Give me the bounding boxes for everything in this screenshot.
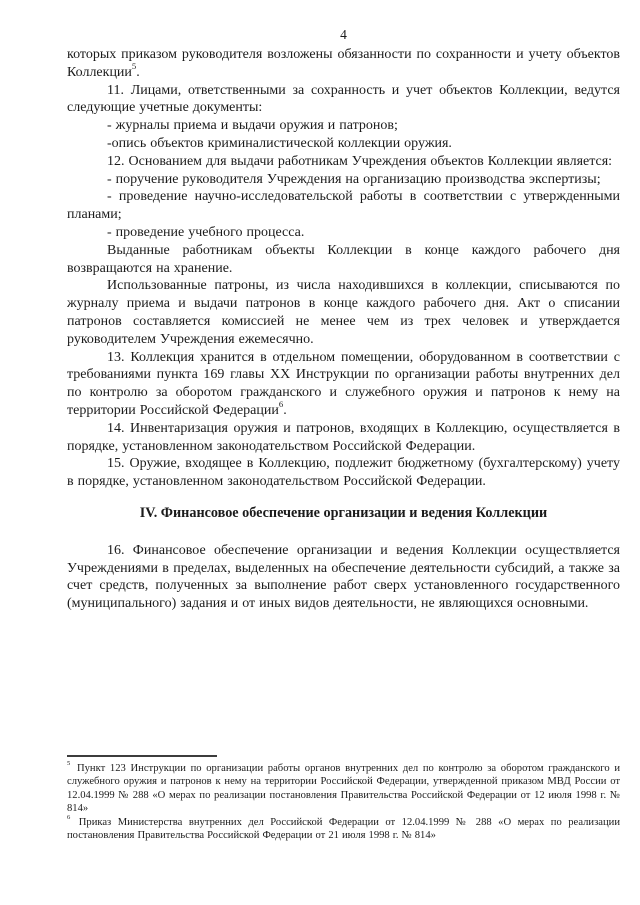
document-page: 4 которых приказом руководителя возложен… — [0, 0, 640, 905]
footnote-marker: 5 — [67, 760, 70, 767]
paragraph: 16. Финансовое обеспечение организации и… — [67, 542, 620, 613]
paragraph: - поручение руководителя Учреждения на о… — [67, 171, 620, 189]
footnote: 6 Приказ Министерства внутренних дел Рос… — [67, 816, 620, 843]
footnotes-section: 5 Пункт 123 Инструкции по организации ра… — [67, 755, 620, 842]
paragraph: 15. Оружие, входящее в Коллекцию, подлеж… — [67, 455, 620, 491]
footnote-reference: 6 — [279, 399, 283, 409]
footnote-marker: 6 — [67, 814, 70, 821]
paragraph: которых приказом руководителя возложены … — [67, 46, 620, 82]
paragraph: Использованные патроны, из числа находив… — [67, 277, 620, 348]
footnote-reference: 5 — [132, 61, 136, 71]
paragraph: -опись объектов криминалистической колле… — [67, 135, 620, 153]
footnote: 5 Пункт 123 Инструкции по организации ра… — [67, 762, 620, 816]
paragraph: 12. Основанием для выдачи работникам Учр… — [67, 153, 620, 171]
paragraph: - проведение учебного процесса. — [67, 224, 620, 242]
section-heading: IV. Финансовое обеспечение организации и… — [67, 505, 620, 523]
document-body: которых приказом руководителя возложены … — [67, 46, 620, 613]
paragraph: 14. Инвентаризация оружия и патронов, вх… — [67, 420, 620, 456]
footnote-separator — [67, 755, 217, 757]
paragraph: 11. Лицами, ответственными за сохранност… — [67, 82, 620, 118]
page-number: 4 — [67, 27, 620, 42]
paragraph: - проведение научно-исследовательской ра… — [67, 188, 620, 224]
paragraph: - журналы приема и выдачи оружия и патро… — [67, 117, 620, 135]
paragraph: Выданные работникам объекты Коллекции в … — [67, 242, 620, 278]
paragraph: 13. Коллекция хранится в отдельном помещ… — [67, 349, 620, 420]
footnote-list: 5 Пункт 123 Инструкции по организации ра… — [67, 762, 620, 842]
